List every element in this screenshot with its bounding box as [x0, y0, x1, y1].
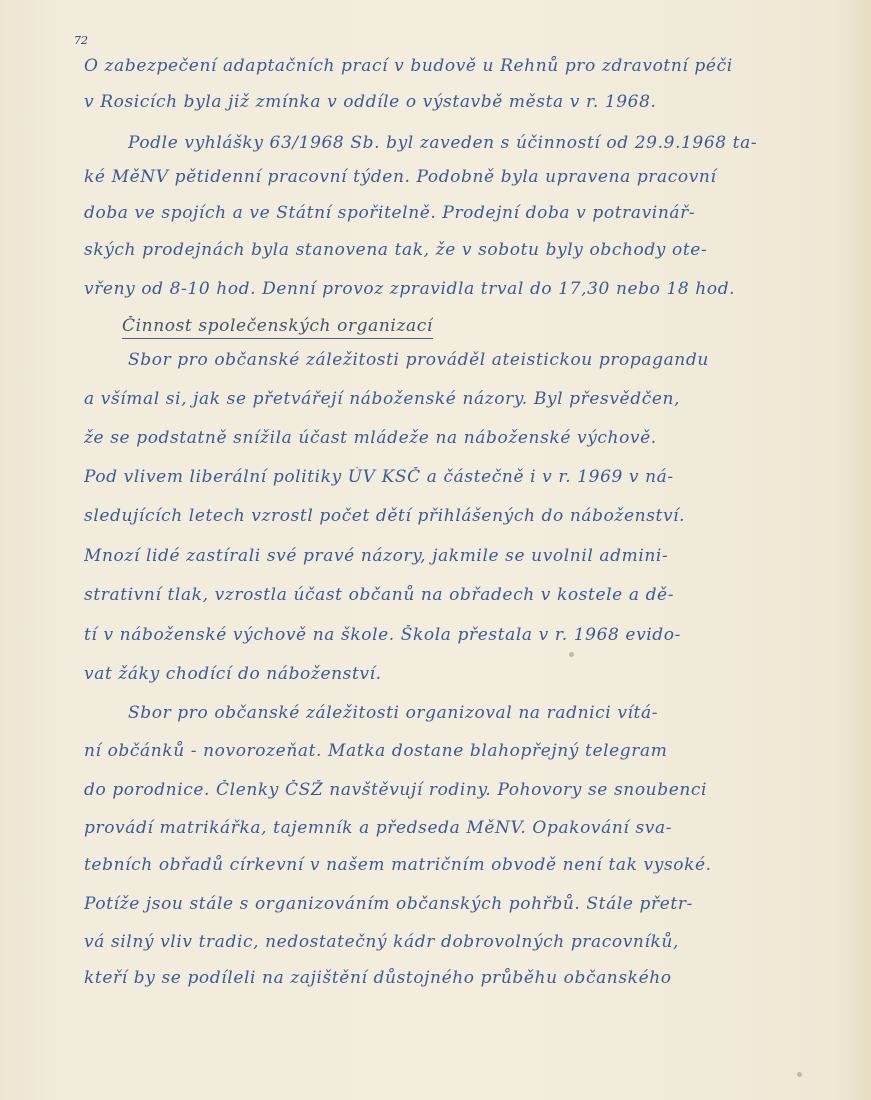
text-line: ní občánků - novorozeňat. Matka dostane …	[84, 741, 811, 761]
paper-spot	[797, 1072, 802, 1077]
text-line: strativní tlak, vzrostla účast občanů na…	[84, 585, 811, 605]
text-line: tebních obřadů církevní v našem matriční…	[84, 855, 811, 875]
text-line: Potíže jsou stále s organizováním občans…	[84, 894, 811, 914]
text-line: doba ve spojích a ve Státní spořitelně. …	[84, 203, 811, 223]
text-line: a všímal si, jak se přetvářejí nábožensk…	[84, 389, 811, 409]
text-line: že se podstatně snížila účast mládeže na…	[84, 428, 811, 448]
section-heading: Činnost společenských organizací	[122, 316, 433, 339]
text-line: vá silný vliv tradic, nedostatečný kádr …	[84, 932, 811, 952]
document-page: 72 O zabezpečení adaptačních prací v bud…	[0, 0, 871, 1100]
text-line: Mnozí lidé zastírali své pravé názory, j…	[84, 546, 811, 566]
text-line: O zabezpečení adaptačních prací v budově…	[84, 56, 811, 76]
text-line: kteří by se podíleli na zajištění důstoj…	[84, 968, 811, 988]
text-line: vřeny od 8-10 hod. Denní provoz zpravidl…	[84, 279, 811, 299]
text-line: v Rosicích byla již zmínka v oddíle o vý…	[84, 92, 811, 112]
text-line: ké MěNV pětidenní pracovní týden. Podobn…	[84, 167, 811, 187]
text-line: ských prodejnách byla stanovena tak, že …	[84, 240, 811, 260]
text-line: sledujících letech vzrostl počet dětí př…	[84, 506, 811, 526]
text-line: vat žáky chodící do náboženství.	[84, 664, 811, 684]
paper-spot	[569, 652, 574, 657]
text-line: Podle vyhlášky 63/1968 Sb. byl zaveden s…	[128, 133, 811, 153]
text-line: Sbor pro občanské záležitosti organizova…	[128, 703, 811, 723]
text-line: do porodnice. Členky ČSŽ navštěvují rodi…	[84, 780, 811, 800]
page-number: 72	[74, 34, 88, 47]
text-line: tí v náboženské výchově na škole. Škola …	[84, 625, 811, 645]
text-line: Pod vlivem liberální politiky ÚV KSČ a č…	[84, 467, 811, 487]
text-line: Sbor pro občanské záležitosti prováděl a…	[128, 350, 811, 370]
text-line: provádí matrikářka, tajemník a předseda …	[84, 818, 811, 838]
